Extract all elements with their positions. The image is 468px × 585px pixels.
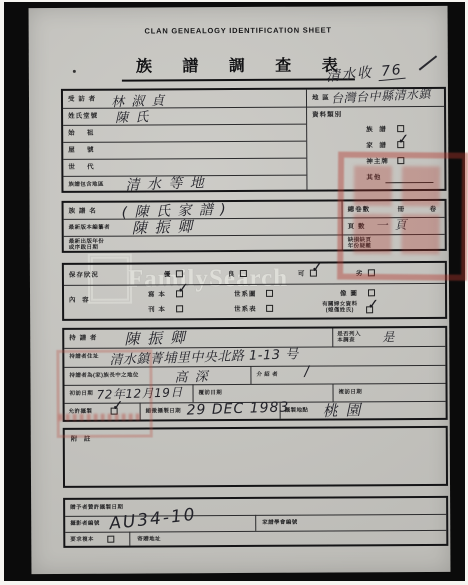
red-rect-stamp <box>56 349 152 438</box>
field-surname-hall-value: 陳 氏 <box>115 106 150 126</box>
t1-line <box>63 158 306 160</box>
t4-divider <box>332 329 333 347</box>
society-id-label: 家譜學會編號 <box>262 520 297 526</box>
photographer-id-label: 攝影者編號 <box>70 521 100 527</box>
content-manuscript-checkmark: ✓ <box>176 282 188 294</box>
revisit2-label: 複訪日期 <box>339 389 363 395</box>
field-interviewee-label: 受 訪 者 <box>68 96 96 103</box>
t1-line <box>63 141 306 143</box>
film-date-value: 29 DEC 1983 <box>186 399 289 418</box>
field-region-label: 地 區 <box>312 95 330 102</box>
preservation-fair-checkmark: ✓ <box>310 262 322 274</box>
red-seal-stamp <box>337 152 468 281</box>
listed-label: 是否列入 本調查 <box>337 331 361 343</box>
field-first-ancestor-label: 始 祖 <box>68 130 94 137</box>
t3-line <box>64 283 445 286</box>
field-compiler-label: 最新版本編纂者 <box>69 225 110 231</box>
seal-glyph <box>353 214 391 254</box>
content-lineage-table-label: 世系表 <box>234 306 257 313</box>
field-surname-hall-label: 姓氏堂號 <box>68 113 98 120</box>
content-print-checkbox[interactable] <box>176 305 183 312</box>
donor-consent-label: 贈予者贊許攝製日期 <box>70 505 123 511</box>
preservation-good-checkbox[interactable] <box>240 270 247 277</box>
annotation-text: 清水收 <box>325 65 373 85</box>
holder-label: 持 譜 者 <box>69 335 97 342</box>
seal-glyph <box>402 166 440 206</box>
listed-value: 是 <box>382 328 396 345</box>
preservation-excellent-checkbox[interactable] <box>176 270 183 277</box>
copy-request-label: 要求複本 <box>70 537 94 543</box>
content-lineage-chart-label: 世系圖 <box>234 291 257 298</box>
table-filming-admin: 贈予者贊許攝製日期 攝影者編號 AU34-10 家譜學會編號 要求複本 寄贈地址 <box>63 496 448 548</box>
category-header-label: 資料類別 <box>312 111 342 118</box>
t6-divider <box>129 532 130 546</box>
content-print-label: 刊 本 <box>148 306 166 313</box>
form-paper: CLAN GENEALOGY IDENTIFICATION SHEET 族 譜 … <box>29 6 451 574</box>
mail-address-label: 寄贈地址 <box>137 536 161 542</box>
category-clan-genealogy-label: 族 譜 <box>366 126 387 133</box>
ink-dot <box>73 70 76 73</box>
film-place-label: 攝製地點 <box>285 408 309 414</box>
preservation-good-label: 良 <box>228 271 236 278</box>
t4-divider <box>192 384 193 402</box>
category-family-genealogy-checkmark: ✓ <box>396 133 408 145</box>
t1-divider <box>306 90 308 190</box>
t1-line <box>63 124 306 126</box>
category-family-genealogy-label: 家 譜 <box>366 142 387 149</box>
content-portrait-label: 像 圖 <box>340 290 358 297</box>
t6-divider <box>255 515 256 531</box>
field-included-area-label: 族譜包含地區 <box>68 182 103 188</box>
field-region-value: 台灣台中縣清水鎮 <box>331 85 432 107</box>
annotation-number: 76 <box>378 62 406 81</box>
content-lineage-chart-checkbox[interactable] <box>266 290 273 297</box>
content-women-data-checkmark: ✓ <box>366 298 378 310</box>
t4-divider <box>250 366 251 384</box>
seal-glyph <box>354 166 392 206</box>
preservation-fair-label: 可 <box>298 271 306 278</box>
introducer-label: 介 紹 者 <box>256 372 278 378</box>
preservation-excellent-label: 優 <box>164 271 172 278</box>
content-manuscript-label: 寫 本 <box>148 291 166 298</box>
copy-request-checkbox[interactable] <box>107 536 114 543</box>
introducer-value: / <box>304 364 311 380</box>
preservation-label: 保存狀況 <box>69 272 99 279</box>
red-stamp-text-blur <box>59 414 143 421</box>
field-genealogy-name-label: 族 譜 名 <box>69 208 97 215</box>
field-compiler-value: 陳 振 卿 <box>131 215 194 238</box>
field-publish-year-label: 最新出版年份 或序跋日期 <box>69 239 104 251</box>
seal-glyph <box>401 214 439 254</box>
page-title-text: 族 譜 調 查 表 <box>122 52 355 81</box>
content-women-data-label: 有關婦女資料 (媳僅姓氏) <box>322 301 357 313</box>
field-generations-label: 世 代 <box>68 164 94 171</box>
field-house-name-label: 屋 號 <box>68 147 94 154</box>
film-place-value: 桃 園 <box>322 399 362 421</box>
content-label: 內 容 <box>69 297 90 304</box>
holder-value: 陳 振 卿 <box>124 326 187 349</box>
content-lineage-table-checkbox[interactable] <box>266 305 273 312</box>
english-header: CLAN GENEALOGY IDENTIFICATION SHEET <box>29 25 448 36</box>
revisit-label: 覆訪日期 <box>199 390 223 396</box>
field-included-area-value: 清 水 等 地 <box>125 172 205 194</box>
content-portrait-checkbox[interactable] <box>368 289 375 296</box>
